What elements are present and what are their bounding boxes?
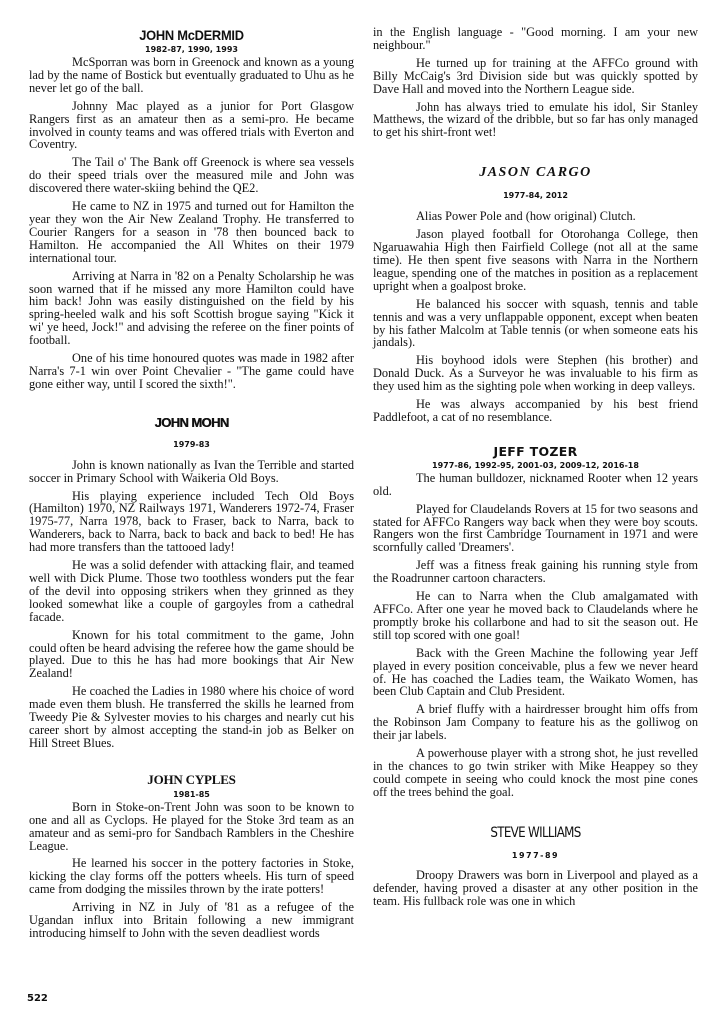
paragraph: A powerhouse player with a strong shot, …	[373, 747, 698, 799]
profile-name: STEVE WILLIAMS	[397, 825, 673, 841]
profile-steve-williams: STEVE WILLIAMS 1977-89 Droopy Drawers wa…	[373, 825, 698, 908]
paragraph: He balanced his soccer with squash, tenn…	[373, 298, 698, 350]
paragraph: Played for Claudelands Rovers at 15 for …	[373, 503, 698, 555]
paragraph: Arriving at Narra in '82 on a Penalty Sc…	[29, 270, 354, 347]
profile-years: 1981-85	[29, 790, 354, 799]
paragraph: His playing experience included Tech Old…	[29, 490, 354, 555]
profile-years: 1977-89	[373, 851, 698, 860]
profile-jeff-tozer: JEFF TOZER 1977-86, 1992-95, 2001-03, 20…	[373, 444, 698, 799]
paragraph: Johnny Mac played as a junior for Port G…	[29, 100, 354, 152]
profile-years: 1977-86, 1992-95, 2001-03, 2009-12, 2016…	[373, 461, 698, 470]
paragraph: in the English language - "Good morning.…	[373, 26, 698, 52]
paragraph: He was always accompanied by his best fr…	[373, 398, 698, 424]
paragraph: The Tail o' The Bank off Greenock is whe…	[29, 156, 354, 195]
profile-name: JEFF TOZER	[373, 444, 698, 459]
paragraph: He coached the Ladies in 1980 where his …	[29, 685, 354, 750]
paragraph: The human bulldozer, nicknamed Rooter wh…	[373, 472, 698, 498]
paragraph: He turned up for training at the AFFCo g…	[373, 57, 698, 96]
profile-john-cyples: JOHN CYPLES 1981-85 Born in Stoke-on-Tre…	[29, 772, 354, 940]
paragraph: John has always tried to emulate his ido…	[373, 101, 698, 140]
paragraph: Born in Stoke-on-Trent John was soon to …	[29, 801, 354, 853]
paragraph: Alias Power Pole and (how original) Clut…	[373, 210, 698, 223]
right-column: in the English language - "Good morning.…	[373, 26, 698, 912]
paragraph: Arriving in NZ in July of '81 as a refug…	[29, 901, 354, 940]
paragraph: He can to Narra when the Club amalgamate…	[373, 590, 698, 642]
page-number: 522	[27, 993, 48, 1004]
profile-john-mohn: JOHN MOHN 1979-83 John is known national…	[29, 415, 354, 750]
paragraph: He learned his soccer in the pottery fac…	[29, 857, 354, 896]
profile-john-mcdermid: JOHN McDERMID 1982-87, 1990, 1993 McSpor…	[29, 27, 354, 391]
profile-years: 1977-84, 2012	[373, 191, 698, 200]
left-column: JOHN McDERMID 1982-87, 1990, 1993 McSpor…	[29, 24, 354, 945]
paragraph: Droopy Drawers was born in Liverpool and…	[373, 869, 698, 908]
paragraph: He came to NZ in 1975 and turned out for…	[29, 200, 354, 265]
paragraph: One of his time honoured quotes was made…	[29, 352, 354, 391]
paragraph: Back with the Green Machine the followin…	[373, 647, 698, 699]
paragraph: John is known nationally as Ivan the Ter…	[29, 459, 354, 485]
paragraph: Jason played football for Otorohanga Col…	[373, 228, 698, 293]
profile-name: JOHN MOHN	[29, 415, 354, 430]
paragraph: He was a solid defender with attacking f…	[29, 559, 354, 624]
paragraph: Jeff was a fitness freak gaining his run…	[373, 559, 698, 585]
paragraph: A brief fluffy with a hairdresser brough…	[373, 703, 698, 742]
paragraph: McSporran was born in Greenock and known…	[29, 56, 354, 95]
paragraph: His boyhood idols were Stephen (his brot…	[373, 354, 698, 393]
profile-years: 1982-87, 1990, 1993	[29, 45, 354, 54]
profile-name: JOHN McDERMID	[42, 27, 341, 43]
paragraph: Known for his total commitment to the ga…	[29, 629, 354, 681]
profile-years: 1979-83	[29, 440, 354, 449]
profile-name: JOHN CYPLES	[29, 772, 354, 788]
profile-jason-cargo: JASON CARGO 1977-84, 2012 Alias Power Po…	[373, 165, 698, 424]
profile-john-cyples-continued: in the English language - "Good morning.…	[373, 26, 698, 139]
profile-name: JASON CARGO	[373, 165, 698, 181]
